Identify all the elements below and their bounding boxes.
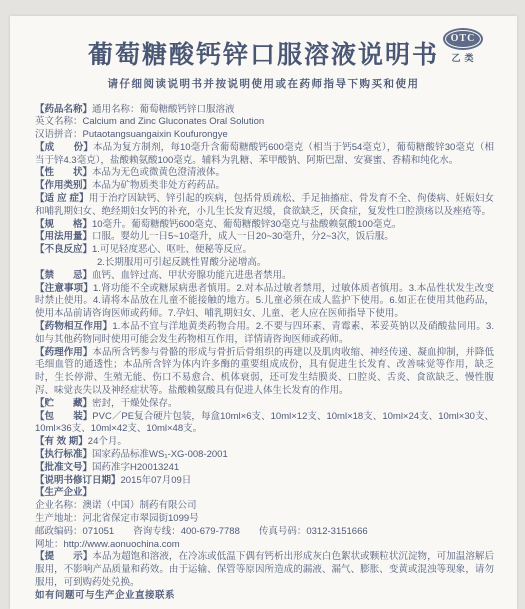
section-text: 本品为无色或微黄色澄清液体。 [92, 167, 225, 178]
leaflet-line-25: 网址：http://www.aonuochina.com [35, 539, 494, 552]
section-text: 通用名称：葡萄糖酸钙锌口服溶液 [92, 104, 235, 115]
section-label: 【规 格】 [35, 219, 92, 230]
section-text: 邮政编码：071051 咨询专线：400-679-7788 传真号码：0312-… [35, 526, 368, 537]
leaflet-line-23: 生产地址：河北省保定市翠园街1099号 [35, 513, 494, 526]
section-text: 企业名称：澳诺（中国）制药有限公司 [35, 500, 197, 511]
leaflet-line-24: 邮政编码：071051 咨询专线：400-679-7788 传真号码：0312-… [35, 526, 494, 539]
otc-badge: OTC 乙类 [437, 28, 489, 64]
section-text: 英文名称：Calcium and Zinc Gluconates Oral So… [35, 116, 264, 127]
section-text: 2.长期服用可引起反跳性胃酸分泌增高。 [97, 257, 266, 268]
section-label: 【有 效 期】 [35, 436, 88, 447]
section-label: 【禁 忌】 [35, 270, 92, 281]
section-text: 本品所含钙参与骨骼的形成与骨折后骨组织的再建以及肌肉收缩、神经传递、凝血抑制，并… [35, 347, 494, 396]
leaflet-line-22: 企业名称：澳诺（中国）制药有限公司 [35, 500, 494, 513]
section-text: 10毫升。葡萄糖酸钙600毫克、葡萄糖酸锌30毫克与盐酸赖氨酸100毫克。 [92, 219, 401, 230]
section-text: 国药准字H20013241 [92, 462, 179, 473]
leaflet-line-9: 【不良反应】1.可见轻度恶心、呕吐、便秘等反应。 [35, 244, 494, 257]
leaflet-line-16: 【包 装】PVC／PE复合硬片包装，每盒10ml×6支、10ml×12支、10m… [35, 411, 494, 437]
section-label: 【药物相互作用】 [35, 321, 112, 332]
section-text: 本品为矿物质类非处方药药品。 [92, 180, 225, 191]
section-label: 【适 应 症】 [35, 193, 89, 204]
leaflet-line-14: 【药理作用】本品所含钙参与骨骼的形成与骨折后骨组织的再建以及肌肉收缩、神经传递、… [35, 347, 494, 398]
leaflet-line-19: 【批准文号】国药准字H20013241 [35, 462, 494, 475]
section-label: 【提 示】 [35, 551, 92, 562]
section-text: 网址：http://www.aonuochina.com [35, 539, 180, 550]
section-label: 【包 装】 [35, 411, 92, 422]
section-text: 生产地址：河北省保定市翠园街1099号 [35, 513, 199, 524]
section-text: 国家药品标准WS₁-XG-008-2001 [92, 449, 228, 460]
section-label: 【作用类别】 [35, 180, 92, 191]
section-text: PVC／PE复合硬片包装，每盒10ml×6支、10ml×12支、10ml×18支… [35, 411, 494, 435]
section-text: 口服。婴幼儿一日5~10毫升，成人一日20~30毫升，分2~3次，饭后服。 [92, 231, 394, 242]
section-text: 如有问题可与生产企业直接联系 [35, 590, 175, 601]
leaflet-line-12: 【注意事项】1.肾功能不全或糖尿病患者慎用。2.对本品过敏者禁用，过敏体质者慎用… [35, 283, 494, 321]
leaflet-line-26: 【提 示】本品为超饱和溶液，在冷冻或低温下偶有钙析出形成灰白色絮状或颗粒状沉淀物… [35, 551, 494, 589]
section-label: 【不良反应】 [35, 244, 92, 255]
usage-note: 请仔细阅读说明书并按说明使用或在药师指导下购买和使用 [10, 76, 517, 91]
section-text: 本品为复方制剂，每10毫升含葡萄糖酸钙600毫克（相当于钙54毫克），葡萄糖酸锌… [35, 142, 494, 166]
section-label: 【药品名称】 [35, 104, 92, 115]
section-label: 【成 份】 [35, 142, 93, 153]
leaflet-line-1: 英文名称：Calcium and Zinc Gluconates Oral So… [35, 116, 494, 129]
leaflet-line-15: 【贮 藏】密封，干燥处保存。 [35, 398, 494, 411]
leaflet-line-13: 【药物相互作用】1.本品不宜与洋地黄类药物合用。2.不要与四环素、青霉素、苯妥英… [35, 321, 494, 347]
section-text: 24个月。 [88, 436, 127, 447]
section-text: 密封，干燥处保存。 [92, 398, 178, 409]
leaflet-line-18: 【执行标准】国家药品标准WS₁-XG-008-2001 [35, 449, 494, 462]
leaflet-line-3: 【成 份】本品为复方制剂，每10毫升含葡萄糖酸钙600毫克（相当于钙54毫克），… [35, 142, 494, 168]
section-label: 【用法用量】 [35, 231, 92, 242]
section-text: 本品为超饱和溶液，在冷冻或低温下偶有钙析出形成灰白色絮状或颗粒状沉淀物，可加温溶… [35, 551, 494, 588]
otc-class-label: 乙类 [437, 51, 489, 64]
leaflet-header: OTC 乙类 葡萄糖酸钙锌口服溶液说明书 请仔细阅读说明书并按说明使用或在药师指… [10, 16, 517, 91]
section-text: 1.可见轻度恶心、呕吐、便秘等反应。 [92, 244, 252, 255]
leaflet-line-21: 【生产企业】 [35, 487, 494, 500]
leaflet-line-0: 【药品名称】通用名称：葡萄糖酸钙锌口服溶液 [35, 104, 494, 117]
leaflet-line-7: 【规 格】10毫升。葡萄糖酸钙600毫克、葡萄糖酸锌30毫克与盐酸赖氨酸100毫… [35, 219, 494, 232]
section-text: 血钙、血锌过高、甲状旁腺功能亢进患者禁用。 [92, 270, 292, 281]
section-text: 2015年07月09日 [121, 475, 192, 486]
section-text: 汉语拼音：Putaotangsuangaixin Koufurongye [35, 129, 228, 140]
leaflet-line-6: 【适 应 症】用于治疗因缺钙、锌引起的疾病，包括骨质疏松、手足抽搐症、骨发育不全… [35, 193, 494, 219]
leaflet-body: 【药品名称】通用名称：葡萄糖酸钙锌口服溶液英文名称：Calcium and Zi… [10, 91, 517, 603]
section-label: 【性 状】 [35, 167, 92, 178]
leaflet-paper: OTC 乙类 葡萄糖酸钙锌口服溶液说明书 请仔细阅读说明书并按说明使用或在药师指… [10, 16, 517, 609]
leaflet-line-20: 【说明书修订日期】2015年07月09日 [35, 475, 494, 488]
section-label: 【注意事项】 [35, 283, 93, 294]
leaflet-line-4: 【性 状】本品为无色或微黄色澄清液体。 [35, 167, 494, 180]
leaflet-line-10: 2.长期服用可引起反跳性胃酸分泌增高。 [35, 257, 494, 270]
section-text: 用于治疗因缺钙、锌引起的疾病，包括骨质疏松、手足抽搐症、骨发育不全、佝偻病、妊娠… [35, 193, 494, 217]
section-label: 【贮 藏】 [35, 398, 92, 409]
leaflet-line-8: 【用法用量】口服。婴幼儿一日5~10毫升，成人一日20~30毫升，分2~3次，饭… [35, 231, 494, 244]
section-label: 【批准文号】 [35, 462, 92, 473]
leaflet-line-5: 【作用类别】本品为矿物质类非处方药药品。 [35, 180, 494, 193]
leaflet-line-2: 汉语拼音：Putaotangsuangaixin Koufurongye [35, 129, 494, 142]
leaflet-line-17: 【有 效 期】24个月。 [35, 436, 494, 449]
leaflet-line-27: 如有问题可与生产企业直接联系 [35, 590, 494, 603]
section-label: 【执行标准】 [35, 449, 92, 460]
section-text: 1.肾功能不全或糖尿病患者慎用。2.对本品过敏者禁用，过敏体质者慎用。3.本品性… [35, 283, 494, 320]
section-label: 【药理作用】 [35, 347, 92, 358]
leaflet-line-11: 【禁 忌】血钙、血锌过高、甲状旁腺功能亢进患者禁用。 [35, 270, 494, 283]
section-label: 【说明书修订日期】 [35, 475, 121, 486]
otc-icon: OTC [443, 28, 483, 50]
section-label: 【生产企业】 [35, 487, 92, 498]
otc-icon-label: OTC [446, 31, 480, 47]
